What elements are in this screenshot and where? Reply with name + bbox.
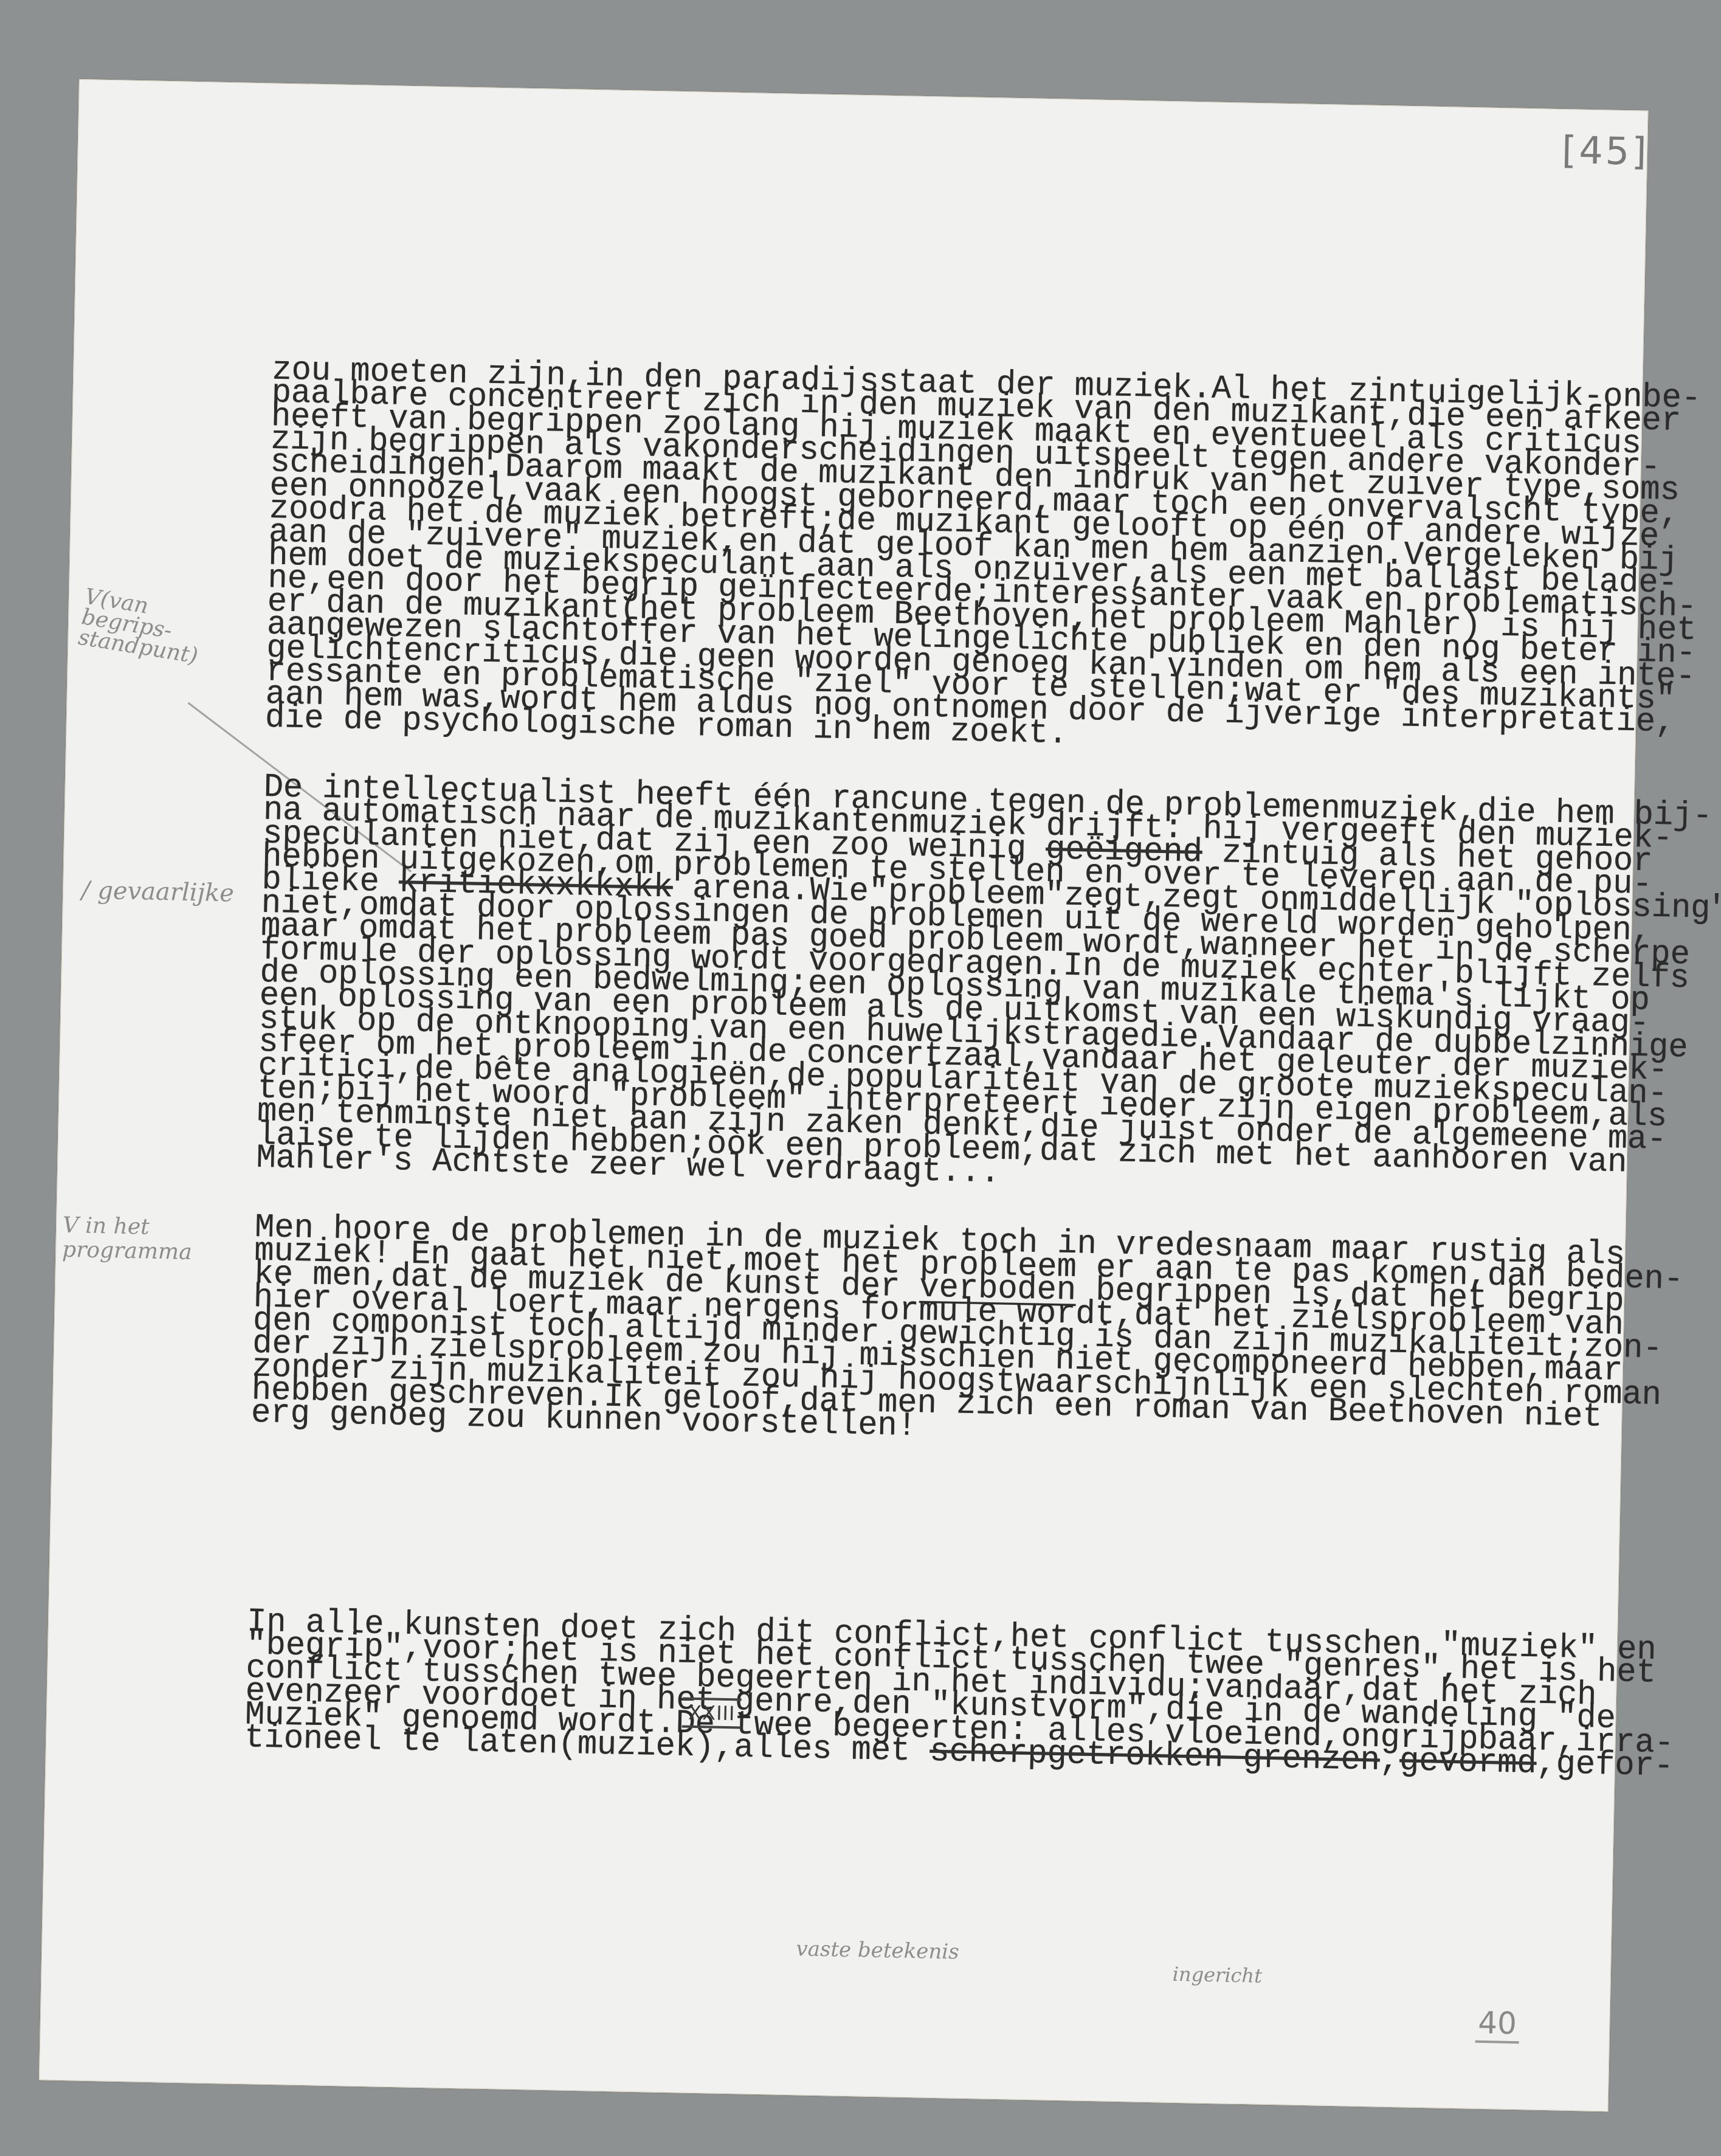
typed-body: zou moeten zijn,in den paradijsstaat der… [243, 313, 1721, 1826]
margin-note-3: V in het programma [62, 1214, 227, 1265]
struck-word: gevormd [1399, 1743, 1537, 1783]
section-number: XXIII [682, 1697, 742, 1729]
section-gap [249, 1471, 1721, 1524]
margin-note-1: V(van begrips-standpunt) [77, 587, 236, 672]
paragraph-3: Men hoore de problemen in de muziek toch… [251, 1217, 1721, 1455]
page-number-top: [45] [1561, 128, 1649, 174]
section-gap [248, 1541, 1721, 1594]
paragraph-1: zou moeten zijn,in den paradijsstaat der… [265, 359, 1721, 759]
interlinear-correction-1: vaste betekenis [796, 1937, 959, 1964]
paragraph-2: De intellectualist heeft één rancune teg… [256, 776, 1721, 1200]
page-number-bottom: 40 [1475, 2005, 1520, 2044]
margin-note-2: / gevaarlijke [81, 876, 235, 907]
interlinear-correction-2: ingericht [1172, 1963, 1262, 1988]
typescript-page: [45] V(van begrips-standpunt) / gevaarli… [39, 79, 1649, 2112]
paragraph-4: In alle kunsten doet zich dit conflict,h… [244, 1611, 1721, 1780]
